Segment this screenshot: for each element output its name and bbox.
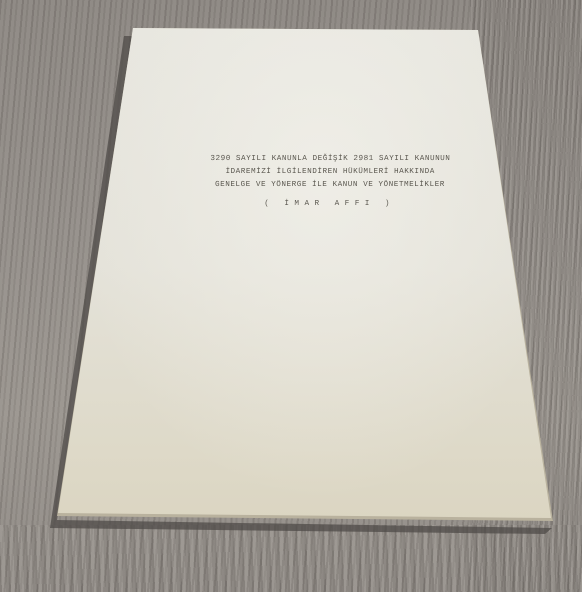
photo-scene: 3290 SAYILI KANUNLA DEĞİŞİK 2981 SAYILI … [0,0,582,592]
title-line-3: GENELGE VE YÖNERGE İLE KANUN VE YÖNETMEL… [190,179,470,192]
document-title-block: 3290 SAYILI KANUNLA DEĞİŞİK 2981 SAYILI … [189,153,470,211]
wood-surface-bottom [0,525,582,592]
document-subtitle: ( İMAR AFFI ) [189,198,469,211]
title-line-2: İDAREMİZİ İLGİLENDİREN HÜKÜMLERİ HAKKIND… [190,166,470,179]
title-line-1: 3290 SAYILI KANUNLA DEĞİŞİK 2981 SAYILI … [190,153,470,166]
